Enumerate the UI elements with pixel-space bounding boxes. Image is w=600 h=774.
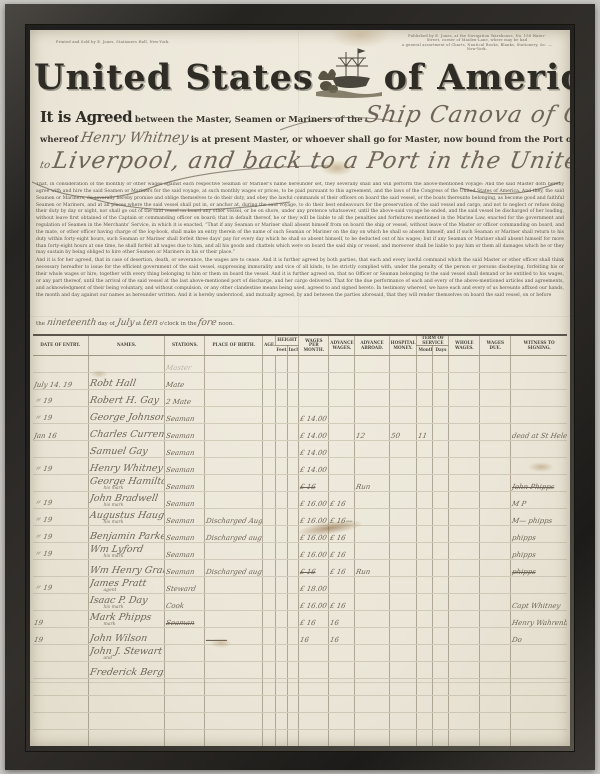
cell-whole-wages: [449, 441, 480, 458]
cell-hospital-money: [389, 577, 417, 594]
crew-table-body: Master July 14. 19 Robt Hall Mate 〃 19: [33, 356, 567, 746]
cell-place-of-birth: [205, 611, 263, 628]
cell-wages-due: [480, 662, 511, 679]
cell-station: Seaman: [165, 526, 205, 543]
cell-name: [88, 356, 165, 373]
cell-term-days: [433, 373, 449, 390]
cell-witness: [511, 441, 567, 458]
cell-advance-wages: £ 16: [329, 492, 355, 509]
cell-height-inch: [287, 713, 299, 730]
cell-term-months: [417, 645, 433, 662]
cell-name: Frederick Bergman: [88, 662, 165, 679]
cell-term-months: [417, 628, 433, 645]
cell-wages-per-month: £ 14.00: [299, 424, 329, 441]
cell-term-months: [417, 356, 433, 373]
agreement-line-1: It is Agreed between the Master, Seamen …: [40, 102, 564, 128]
cell-whole-wages: [449, 373, 480, 390]
cell-witness: [511, 577, 567, 594]
cell-height-feet: [275, 543, 287, 560]
cell-whole-wages: [449, 560, 480, 577]
cell-wages-due: [480, 356, 511, 373]
cell-height-inch: [287, 526, 299, 543]
cell-term-days: [433, 492, 449, 509]
cell-term-months: [417, 509, 433, 526]
col-term-months: Months: [417, 346, 433, 356]
cell-term-days: [433, 390, 449, 407]
shipping-articles-document: Printed and Sold by E. Jones, Stationers…: [30, 30, 570, 746]
cell-height-feet: [275, 696, 287, 713]
cell-name: Wm Lyfordhis mark: [88, 543, 165, 560]
cell-term-days: [433, 475, 449, 492]
cell-name: [88, 679, 165, 696]
it-is-agreed-label: It is Agreed: [40, 108, 132, 126]
cell-term-days: [433, 543, 449, 560]
cell-age: [263, 713, 276, 730]
cell-wages-due: [480, 526, 511, 543]
cell-wages-per-month: [299, 390, 329, 407]
col-height-inch: Inch.: [287, 346, 299, 356]
cell-term-days: [433, 577, 449, 594]
agreement-line-3: to Liverpool, and back to a Port in the …: [40, 148, 564, 174]
cell-wages-per-month: [299, 679, 329, 696]
col-hospital-money: HOSPITAL MONEY.: [389, 336, 417, 356]
crew-row: 19 John Wilson ——— 16 16 Do: [33, 628, 567, 645]
cell-station: Seaman: [165, 509, 205, 526]
articles-paragraph-1: That, in consideration of the monthly or…: [36, 182, 564, 257]
cell-term-months: [417, 560, 433, 577]
cell-term-months: [417, 492, 433, 509]
cell-wages-per-month: [299, 713, 329, 730]
cell-name: Isaac P. Dayhis mark: [88, 594, 165, 611]
cell-age: [263, 730, 276, 746]
col-advance-abroad: ADVANCE ABROAD.: [355, 336, 389, 356]
cell-height-feet: [275, 628, 287, 645]
cell-advance-wages: [329, 662, 355, 679]
cell-height-feet: [275, 560, 287, 577]
cell-wages-per-month: £ 16.00: [299, 543, 329, 560]
cell-wages-due: [480, 441, 511, 458]
cell-date-of-entry: 〃 19: [33, 577, 88, 594]
cell-age: [263, 560, 276, 577]
col-stations: STATIONS.: [165, 336, 205, 356]
cell-place-of-birth: [205, 373, 263, 390]
line1-print-text: between the Master, Seamen or Mariners o…: [135, 115, 363, 125]
cell-date-of-entry: [33, 730, 88, 746]
cell-station: Seaman: [165, 407, 205, 424]
cell-station: Seaman: [165, 560, 205, 577]
cell-whole-wages: [449, 356, 480, 373]
cell-date-of-entry: [33, 696, 88, 713]
cell-height-feet: [275, 679, 287, 696]
cell-advance-wages: [329, 679, 355, 696]
crew-row: [33, 713, 567, 730]
cell-hospital-money: [389, 611, 417, 628]
cell-wages-due: [480, 475, 511, 492]
cell-age: [263, 679, 276, 696]
cell-hospital-money: [389, 696, 417, 713]
cell-advance-abroad: [355, 492, 389, 509]
cell-station: Seaman: [165, 492, 205, 509]
cell-station: [165, 730, 205, 746]
cell-height-inch: [287, 730, 299, 746]
cell-station: [165, 679, 205, 696]
cell-advance-abroad: [355, 373, 389, 390]
cell-height-inch: [287, 543, 299, 560]
cell-age: [263, 390, 276, 407]
col-height-feet: Feet: [275, 346, 287, 356]
cell-advance-abroad: 12: [355, 424, 389, 441]
cell-date-of-entry: [33, 560, 88, 577]
cell-height-feet: [275, 458, 287, 475]
cell-place-of-birth: Discharged augt 28: [205, 560, 263, 577]
cell-advance-wages: [329, 645, 355, 662]
cell-height-feet: [275, 730, 287, 746]
cell-whole-wages: [449, 611, 480, 628]
crew-row: [33, 679, 567, 696]
title-united-states: United States: [34, 57, 314, 98]
cell-date-of-entry: 〃 19: [33, 509, 88, 526]
articles-boilerplate: That, in consideration of the monthly or…: [36, 182, 564, 316]
cell-wages-per-month: [299, 373, 329, 390]
cell-height-inch: [287, 696, 299, 713]
cell-advance-wages: [329, 713, 355, 730]
fill-post: noon.: [219, 321, 234, 327]
cell-advance-wages: £ 16: [329, 526, 355, 543]
cell-hospital-money: [389, 662, 417, 679]
cell-date-of-entry: 19: [33, 628, 88, 645]
cell-height-inch: [287, 356, 299, 373]
cell-station: Mate: [165, 373, 205, 390]
crew-table-header: DATE OF ENTRY. NAMES. STATIONS. PLACE OF…: [33, 336, 567, 356]
cell-hospital-money: [389, 390, 417, 407]
col-date-of-entry: DATE OF ENTRY.: [33, 336, 88, 356]
cell-term-days: [433, 645, 449, 662]
cell-term-months: [417, 526, 433, 543]
cell-date-of-entry: [33, 679, 88, 696]
cell-witness: [511, 407, 567, 424]
cell-whole-wages: [449, 526, 480, 543]
cell-height-feet: [275, 577, 287, 594]
cell-height-feet: [275, 424, 287, 441]
crew-row: Frederick Bergman: [33, 662, 567, 679]
cell-place-of-birth: [205, 577, 263, 594]
cell-witness: [511, 696, 567, 713]
cell-advance-abroad: [355, 509, 389, 526]
cell-hospital-money: [389, 645, 417, 662]
crew-row: Jan 16 Charles Curren Seaman £ 14.00 12 …: [33, 424, 567, 441]
cell-hospital-money: [389, 356, 417, 373]
cell-advance-wages: [329, 373, 355, 390]
cell-advance-abroad: Run: [355, 560, 389, 577]
cell-term-days: [433, 628, 449, 645]
cell-name: Henry Whitney: [88, 458, 165, 475]
cell-age: [263, 356, 276, 373]
cell-height-inch: [287, 492, 299, 509]
cell-hospital-money: [389, 441, 417, 458]
cell-term-days: [433, 696, 449, 713]
cell-term-months: [417, 696, 433, 713]
col-wages-due: WAGES DUE.: [480, 336, 511, 356]
cell-advance-wages: £ 16: [329, 560, 355, 577]
cell-date-of-entry: [33, 356, 88, 373]
cell-station: [165, 662, 205, 679]
cell-witness: [511, 713, 567, 730]
cell-station: [165, 645, 205, 662]
cell-name: John Bradwellhis mark: [88, 492, 165, 509]
cell-age: [263, 526, 276, 543]
cell-height-inch: [287, 662, 299, 679]
cell-name: Wm Henry Graham: [88, 560, 165, 577]
cell-advance-wages: £ 16—: [329, 509, 355, 526]
cell-wages-per-month: £ 14.00: [299, 407, 329, 424]
cell-height-feet: [275, 390, 287, 407]
cell-term-months: [417, 373, 433, 390]
cell-place-of-birth: [205, 407, 263, 424]
cell-height-inch: [287, 475, 299, 492]
cell-wages-due: [480, 390, 511, 407]
cell-height-inch: [287, 594, 299, 611]
crew-row: John J. Stewartand: [33, 645, 567, 662]
cell-hospital-money: [389, 407, 417, 424]
line2-print-text: is at present Master, or whoever shall g…: [191, 135, 570, 145]
cell-advance-abroad: [355, 543, 389, 560]
cell-name: Benjamin Parker: [88, 526, 165, 543]
cell-place-of-birth: [205, 645, 263, 662]
cell-witness: Capt Whitney: [511, 594, 567, 611]
cell-advance-wages: [329, 475, 355, 492]
cell-term-months: [417, 679, 433, 696]
cell-station: Seaman: [165, 543, 205, 560]
cell-wages-due: [480, 560, 511, 577]
cell-advance-wages: £ 16: [329, 543, 355, 560]
cell-wages-due: [480, 577, 511, 594]
cell-wages-due: [480, 492, 511, 509]
cell-age: [263, 577, 276, 594]
crew-row: Master: [33, 356, 567, 373]
cell-name: [88, 696, 165, 713]
crew-table-wrap: DATE OF ENTRY. NAMES. STATIONS. PLACE OF…: [33, 334, 567, 746]
cell-station: Steward: [165, 577, 205, 594]
cell-wages-due: [480, 509, 511, 526]
cell-advance-abroad: [355, 577, 389, 594]
cell-hospital-money: [389, 679, 417, 696]
cell-station: Master: [165, 356, 205, 373]
cell-wages-due: [480, 679, 511, 696]
cell-place-of-birth: [205, 475, 263, 492]
cell-whole-wages: [449, 390, 480, 407]
cell-whole-wages: [449, 577, 480, 594]
cell-hospital-money: [389, 526, 417, 543]
cell-wages-per-month: [299, 696, 329, 713]
crew-row: 〃 19 Henry Whitney Seaman £ 14.00: [33, 458, 567, 475]
cell-term-days: [433, 441, 449, 458]
cell-place-of-birth: [205, 679, 263, 696]
cell-place-of-birth: [205, 543, 263, 560]
cell-height-feet: [275, 526, 287, 543]
cell-name: Samuel Gay: [88, 441, 165, 458]
cell-whole-wages: [449, 679, 480, 696]
cell-hospital-money: [389, 730, 417, 746]
cell-age: [263, 441, 276, 458]
crew-row: Samuel Gay Seaman £ 14.00: [33, 441, 567, 458]
cell-whole-wages: [449, 424, 480, 441]
cell-place-of-birth: Discharged augt 28: [205, 526, 263, 543]
cell-term-months: [417, 577, 433, 594]
cell-witness: phipps: [511, 526, 567, 543]
cell-term-months: [417, 475, 433, 492]
cell-term-days: [433, 730, 449, 746]
cell-date-of-entry: [33, 713, 88, 730]
cell-witness: dead at St Helena: [511, 424, 567, 441]
cell-height-feet: [275, 475, 287, 492]
col-advance-wages: ADVANCE WAGES.: [329, 336, 355, 356]
cell-witness: John Phipps: [511, 475, 567, 492]
cell-wages-due: [480, 730, 511, 746]
cell-term-days: [433, 594, 449, 611]
cell-hospital-money: [389, 373, 417, 390]
cell-whole-wages: [449, 475, 480, 492]
crew-row: 〃 19 Benjamin Parker Seaman Discharged a…: [33, 526, 567, 543]
cell-height-feet: [275, 509, 287, 526]
cell-height-inch: [287, 509, 299, 526]
crew-row: George Hamiltonhis mark Seaman £ 16 Run …: [33, 475, 567, 492]
cell-whole-wages: [449, 713, 480, 730]
cell-witness: Do: [511, 628, 567, 645]
cell-advance-wages: [329, 407, 355, 424]
fill-mid2: at: [136, 321, 142, 327]
cell-hospital-money: [389, 543, 417, 560]
cell-advance-wages: [329, 458, 355, 475]
date-fill-line: the nineteenth day of July at ten o'cloc…: [36, 318, 564, 328]
cell-witness: M P: [511, 492, 567, 509]
cell-wages-due: [480, 696, 511, 713]
cell-wages-due: [480, 458, 511, 475]
cell-hospital-money: [389, 594, 417, 611]
cell-wages-per-month: £ 14.00: [299, 458, 329, 475]
cell-height-inch: [287, 679, 299, 696]
col-names: NAMES.: [88, 336, 165, 356]
cell-advance-wages: [329, 424, 355, 441]
cell-advance-abroad: [355, 645, 389, 662]
crew-row: 〃 19 Robert H. Gay 2 Mate: [33, 390, 567, 407]
cell-term-days: [433, 679, 449, 696]
cell-wages-per-month: £ 16.00: [299, 509, 329, 526]
cell-height-inch: [287, 373, 299, 390]
col-term-of-service: TERM OF SERVICE: [417, 336, 449, 346]
cell-advance-wages: [329, 577, 355, 594]
cell-age: [263, 407, 276, 424]
cell-station: Seaman: [165, 475, 205, 492]
cell-wages-due: [480, 628, 511, 645]
cell-witness: [511, 356, 567, 373]
masthead: United States: [30, 48, 570, 98]
fill-half-handwriting: fore: [198, 318, 218, 328]
col-wages-per-month: WAGES PER MONTH.: [299, 336, 329, 356]
cell-height-feet: [275, 594, 287, 611]
cell-height-inch: [287, 390, 299, 407]
crew-row: [33, 696, 567, 713]
cell-advance-wages: [329, 730, 355, 746]
col-age: AGE.: [263, 336, 276, 356]
col-height: HEIGHT: [275, 336, 298, 346]
col-place-of-birth: PLACE OF BIRTH.: [205, 336, 263, 356]
cell-hospital-money: [389, 509, 417, 526]
cell-age: [263, 458, 276, 475]
crew-row: Isaac P. Dayhis mark Cook £ 16.00 £ 16 C…: [33, 594, 567, 611]
cell-term-months: [417, 611, 433, 628]
cell-wages-per-month: [299, 730, 329, 746]
cell-witness: [511, 373, 567, 390]
cell-advance-abroad: [355, 526, 389, 543]
cell-height-inch: [287, 441, 299, 458]
cell-wages-due: [480, 645, 511, 662]
cell-name: Robert H. Gay: [88, 390, 165, 407]
cell-term-months: 11: [417, 424, 433, 441]
cell-station: 2 Mate: [165, 390, 205, 407]
col-witness: WITNESS TO SIGNING.: [511, 336, 567, 356]
crew-row: Wm Henry Graham Seaman Discharged augt 2…: [33, 560, 567, 577]
vessel-name-handwriting: Ship Canova of Castine: [363, 102, 570, 128]
cell-term-months: [417, 594, 433, 611]
cell-date-of-entry: 〃 19: [33, 526, 88, 543]
cell-age: [263, 628, 276, 645]
cell-advance-abroad: [355, 679, 389, 696]
cell-age: [263, 509, 276, 526]
cell-term-days: [433, 611, 449, 628]
cell-wages-per-month: £ 16.00: [299, 492, 329, 509]
cell-height-inch: [287, 628, 299, 645]
cell-witness: [511, 390, 567, 407]
agreement-line-2: whereof Henry Whitney is at present Mast…: [40, 130, 564, 146]
cell-hospital-money: [389, 560, 417, 577]
cell-whole-wages: [449, 458, 480, 475]
cell-term-months: [417, 441, 433, 458]
cell-hospital-money: [389, 628, 417, 645]
cell-height-inch: [287, 407, 299, 424]
cell-whole-wages: [449, 492, 480, 509]
cell-advance-abroad: [355, 696, 389, 713]
cell-height-inch: [287, 577, 299, 594]
cell-place-of-birth: [205, 713, 263, 730]
cell-hospital-money: [389, 713, 417, 730]
fill-month-handwriting: July: [116, 318, 135, 328]
cell-term-months: [417, 390, 433, 407]
cell-wages-per-month: 16: [299, 628, 329, 645]
cell-advance-abroad: [355, 407, 389, 424]
cell-height-feet: [275, 611, 287, 628]
cell-advance-abroad: [355, 458, 389, 475]
cell-height-feet: [275, 713, 287, 730]
cell-advance-wages: [329, 441, 355, 458]
cell-wages-per-month: £ 18.00: [299, 577, 329, 594]
cell-height-feet: [275, 441, 287, 458]
cell-term-days: [433, 424, 449, 441]
cell-term-months: [417, 730, 433, 746]
crew-row: July 14. 19 Robt Hall Mate: [33, 373, 567, 390]
cell-date-of-entry: [33, 475, 88, 492]
cell-wages-per-month: [299, 356, 329, 373]
paper-stain: [330, 30, 390, 48]
cell-witness: [511, 730, 567, 746]
cell-wages-per-month: £ 16.00: [299, 526, 329, 543]
cell-witness: [511, 458, 567, 475]
cell-name: [88, 730, 165, 746]
cell-term-days: [433, 560, 449, 577]
crew-row: 〃 19 George Johnson Seaman £ 14.00: [33, 407, 567, 424]
cell-whole-wages: [449, 543, 480, 560]
crew-row: 〃 19 John Bradwellhis mark Seaman £ 16.0…: [33, 492, 567, 509]
fill-hour-handwriting: ten: [142, 318, 159, 328]
